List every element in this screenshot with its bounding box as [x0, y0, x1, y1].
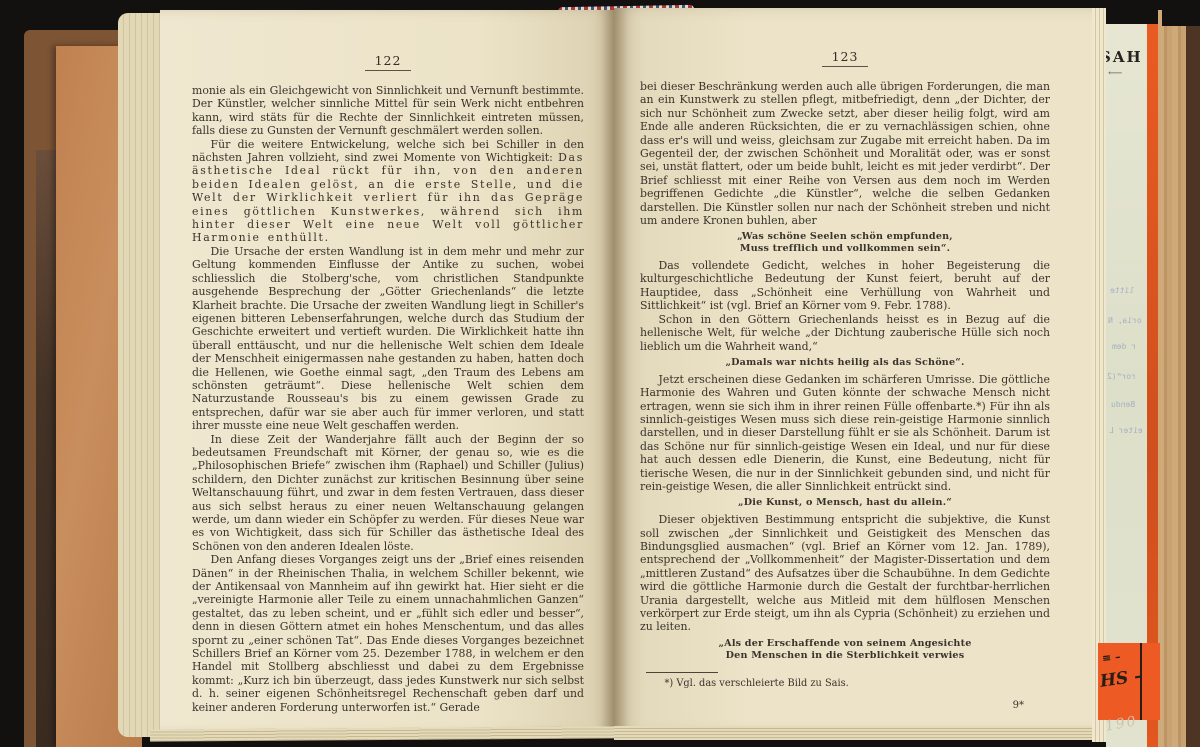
- verse-quote: „Die Kunst, o Mensch, hast du allein.“: [640, 497, 1050, 509]
- mirrored-typewriter-text: ror“(2: [1107, 372, 1136, 381]
- handwritten-mark: ≡ –: [1101, 650, 1121, 665]
- paragraph: bei dieser Beschränkung werden auch alle…: [640, 80, 1050, 227]
- page-bottom-edge-left: [150, 726, 616, 741]
- paragraph: Das vollendete Gedicht, welches in hoher…: [640, 259, 1050, 313]
- background-corner: [1162, 0, 1200, 26]
- page-stack-right-edge: [1092, 8, 1106, 742]
- footnote: *) Vgl. das verschleierte Bild zu Sais.: [640, 677, 1050, 690]
- verse-line: Muss trefflich und vollkommen sein“.: [640, 243, 1050, 255]
- page-number-right: 123: [822, 49, 869, 67]
- paragraph-emphasis-spaced: Das ästhetische Ideal rückt für ihn, von…: [192, 151, 584, 244]
- paragraph: monie als ein Gleichgewicht von Sinnlich…: [192, 84, 584, 138]
- page-right-text: bei dieser Beschränkung werden auch alle…: [640, 80, 1050, 712]
- paragraph: Den Anfang dieses Vorganges zeigt uns de…: [192, 553, 584, 714]
- arrow-mark-icon: ⟵: [1108, 68, 1122, 79]
- green-index-card: SAH ⟵ litte oria, N r dem ror“(2 Bendu e…: [1106, 24, 1147, 747]
- verse-line: „Damals war nichts heilig als das Schöne…: [640, 357, 1050, 369]
- verse-line: „Die Kunst, o Mensch, hast du allein.“: [640, 497, 1050, 509]
- verse-quote: „Als der Erschaffende von seinem Angesic…: [640, 638, 1050, 662]
- page-left-text: monie als ein Gleichgewicht von Sinnlich…: [192, 84, 584, 714]
- page-block-fore-edge: [1158, 10, 1188, 747]
- verse-quote: „Damals war nichts heilig als das Schöne…: [640, 357, 1050, 369]
- book-scan-scene: 122 monie als ein Gleichgewicht von Sinn…: [0, 0, 1200, 747]
- page-right: 123 bei dieser Beschränkung werden auch …: [614, 8, 1092, 734]
- paragraph: Jetzt erscheinen diese Gedanken im schär…: [640, 373, 1050, 494]
- orange-note-card: ≡ – HS -: [1098, 643, 1160, 720]
- signature-mark: 9*: [640, 699, 1024, 712]
- mirrored-typewriter-text: r dem: [1112, 342, 1136, 351]
- orange-divider-card: [1147, 24, 1158, 747]
- page-number-left-wrap: 122: [192, 50, 584, 71]
- paragraph: In diese Zeit der Wanderjahre fällt auch…: [192, 433, 584, 554]
- verse-line: „Was schöne Seelen schön empfunden,: [640, 231, 1050, 243]
- mirrored-typewriter-text: Bendu: [1111, 400, 1135, 409]
- page-left: 122 monie als ein Gleichgewicht von Sinn…: [160, 10, 614, 733]
- mirrored-typewriter-text: eiter L: [1109, 426, 1143, 435]
- paragraph: Für die weitere Entwickelung, welche sic…: [192, 138, 584, 245]
- mirrored-typewriter-text: oria, N: [1108, 316, 1142, 325]
- mirrored-typewriter-text: litte: [1110, 286, 1134, 295]
- green-card-label: SAH: [1106, 48, 1143, 66]
- verse-line: „Als der Erschaffende von seinem Angesic…: [640, 638, 1050, 650]
- page-number-left: 122: [365, 53, 412, 71]
- handwritten-label: HS -: [1099, 666, 1143, 692]
- paragraph: Schon in den Göttern Griechenlands heiss…: [640, 313, 1050, 353]
- book-cover-right-edge: [1186, 24, 1200, 747]
- verse-quote: „Was schöne Seelen schön empfunden, Muss…: [640, 231, 1050, 255]
- paragraph-lead: Für die weitere Entwickelung, welche sic…: [192, 138, 584, 164]
- page-bottom-edge-right: [614, 726, 1094, 740]
- paragraph: Die Ursache der ersten Wandlung ist in d…: [192, 245, 584, 433]
- verse-line: Den Menschen in die Sterblichkeit verwie…: [640, 650, 1050, 662]
- paragraph: Dieser objektiven Bestimmung entspricht …: [640, 513, 1050, 634]
- page-number-right-wrap: 123: [640, 46, 1050, 67]
- footnote-rule: [646, 672, 718, 673]
